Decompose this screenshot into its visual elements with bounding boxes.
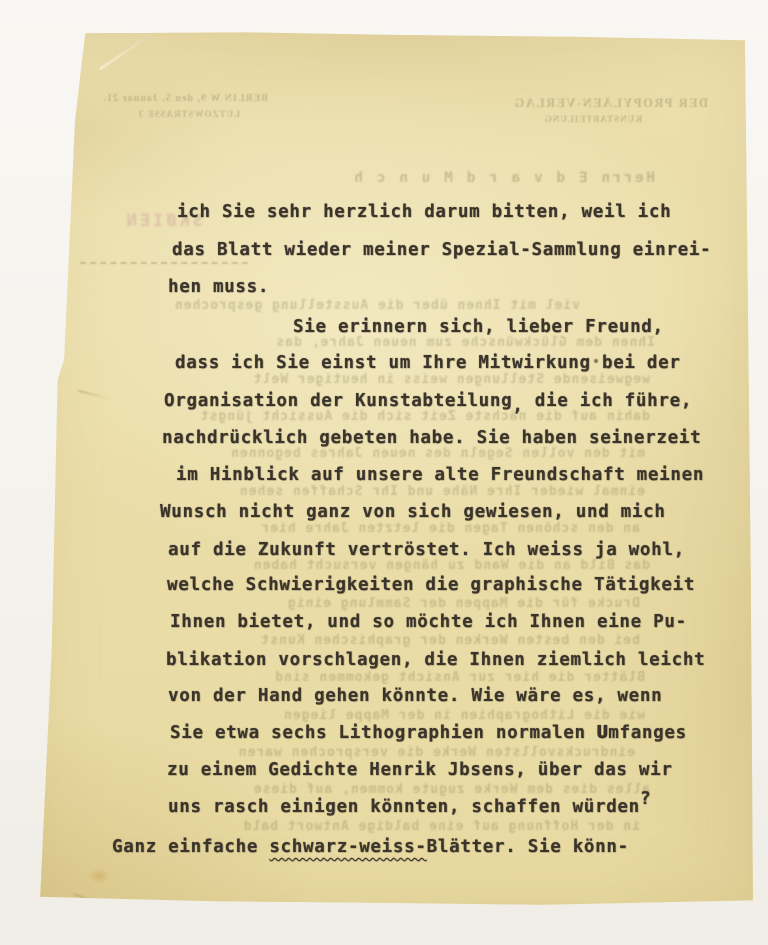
text-segment: Wunsch nicht ganz von sich gewiesen, und… (160, 502, 666, 522)
text-segment: Organisation der Kunstabteilung (164, 391, 512, 411)
letter-line: zu einem Gedichte Henrik Jbsens, über da… (167, 760, 673, 780)
overstruck-letter: U (597, 723, 608, 743)
text-segment: dass ich Sie einst um Ihre Mitwirkung be… (175, 353, 681, 373)
text-segment: ich Sie sehr herzlich darum bitten, weil… (177, 202, 671, 222)
letter-line: von der Hand gehen könnte. Wie wäre es, … (168, 686, 662, 706)
letter-line: auf die Zukunft vertröstet. Ich weiss ja… (168, 540, 685, 560)
letter-line: nachdrücklich gebeten habe. Sie haben se… (162, 428, 701, 448)
text-segment: im Hinblick auf unsere alte Freundschaft… (176, 465, 704, 485)
bleedthrough-underline (80, 262, 248, 264)
text-segment: mfanges (608, 723, 687, 743)
text-segment: die ich führe, (524, 391, 693, 411)
text-segment: welche Schwierigkeiten die graphische Tä… (167, 575, 695, 595)
text-segment: blikation vorschlagen, die Ihnen ziemlic… (166, 650, 705, 670)
text-segment: Ihnen bietet, und so möchte ich Ihnen ei… (170, 612, 687, 632)
letter-line: Ihnen bietet, und so möchte ich Ihnen ei… (170, 612, 687, 632)
text-segment: von der Hand gehen könnte. Wie wäre es, … (168, 686, 662, 706)
letter-line: Sie etwa sechs Lithographien normalen Um… (170, 723, 687, 743)
letter-line: uns rasch einigen könnten, schaffen würd… (168, 797, 651, 818)
letter-line: ich Sie sehr herzlich darum bitten, weil… (177, 202, 671, 222)
letter-line: das Blatt wieder meiner Spezial-Sammlung… (172, 240, 711, 260)
text-segment: Blätter. Sie könn- (427, 837, 629, 857)
letter-line: welche Schwierigkeiten die graphische Tä… (167, 575, 695, 595)
text-segment: Ganz einfache (112, 837, 269, 857)
letter-line: Sie erinnern sich, lieber Freund, (293, 317, 664, 337)
superscript-question-mark: ? (640, 788, 652, 809)
text-segment: Sie erinnern sich, lieber Freund, (293, 317, 664, 337)
inserted-comma: , (512, 396, 523, 416)
text-segment: nachdrücklich gebeten habe. Sie haben se… (162, 428, 701, 448)
text-segment: uns rasch einigen könnten, schaffen würd… (168, 797, 640, 817)
edge-smudge (752, 86, 768, 106)
text-segment: das Blatt wieder meiner Spezial-Sammlung… (172, 240, 711, 260)
letter-line: blikation vorschlagen, die Ihnen ziemlic… (166, 650, 705, 670)
letter-line: Wunsch nicht ganz von sich gewiesen, und… (160, 502, 666, 522)
letter-line: Organisation der Kunstabteilung, die ich… (164, 391, 692, 411)
text-segment: auf die Zukunft vertröstet. Ich weiss ja… (168, 540, 685, 560)
letter-line: dass ich Sie einst um Ihre Mitwirkung be… (175, 353, 681, 373)
text-segment: Sie etwa sechs Lithographien normalen (170, 723, 597, 743)
letter-line: Ganz einfache schwarz-weiss-Blätter. Sie… (112, 837, 629, 857)
letter-line: im Hinblick auf unsere alte Freundschaft… (176, 465, 704, 485)
photo-backdrop: BERLIN W 9, den 5. Januar 21. LÜTZOWSTRA… (0, 0, 768, 945)
letter-line: hen muss. (168, 277, 269, 297)
wavy-underlined-text: schwarz-weiss- (269, 837, 426, 857)
text-segment: hen muss. (168, 277, 269, 297)
text-segment: zu einem Gedichte Henrik Jbsens, über da… (167, 760, 673, 780)
